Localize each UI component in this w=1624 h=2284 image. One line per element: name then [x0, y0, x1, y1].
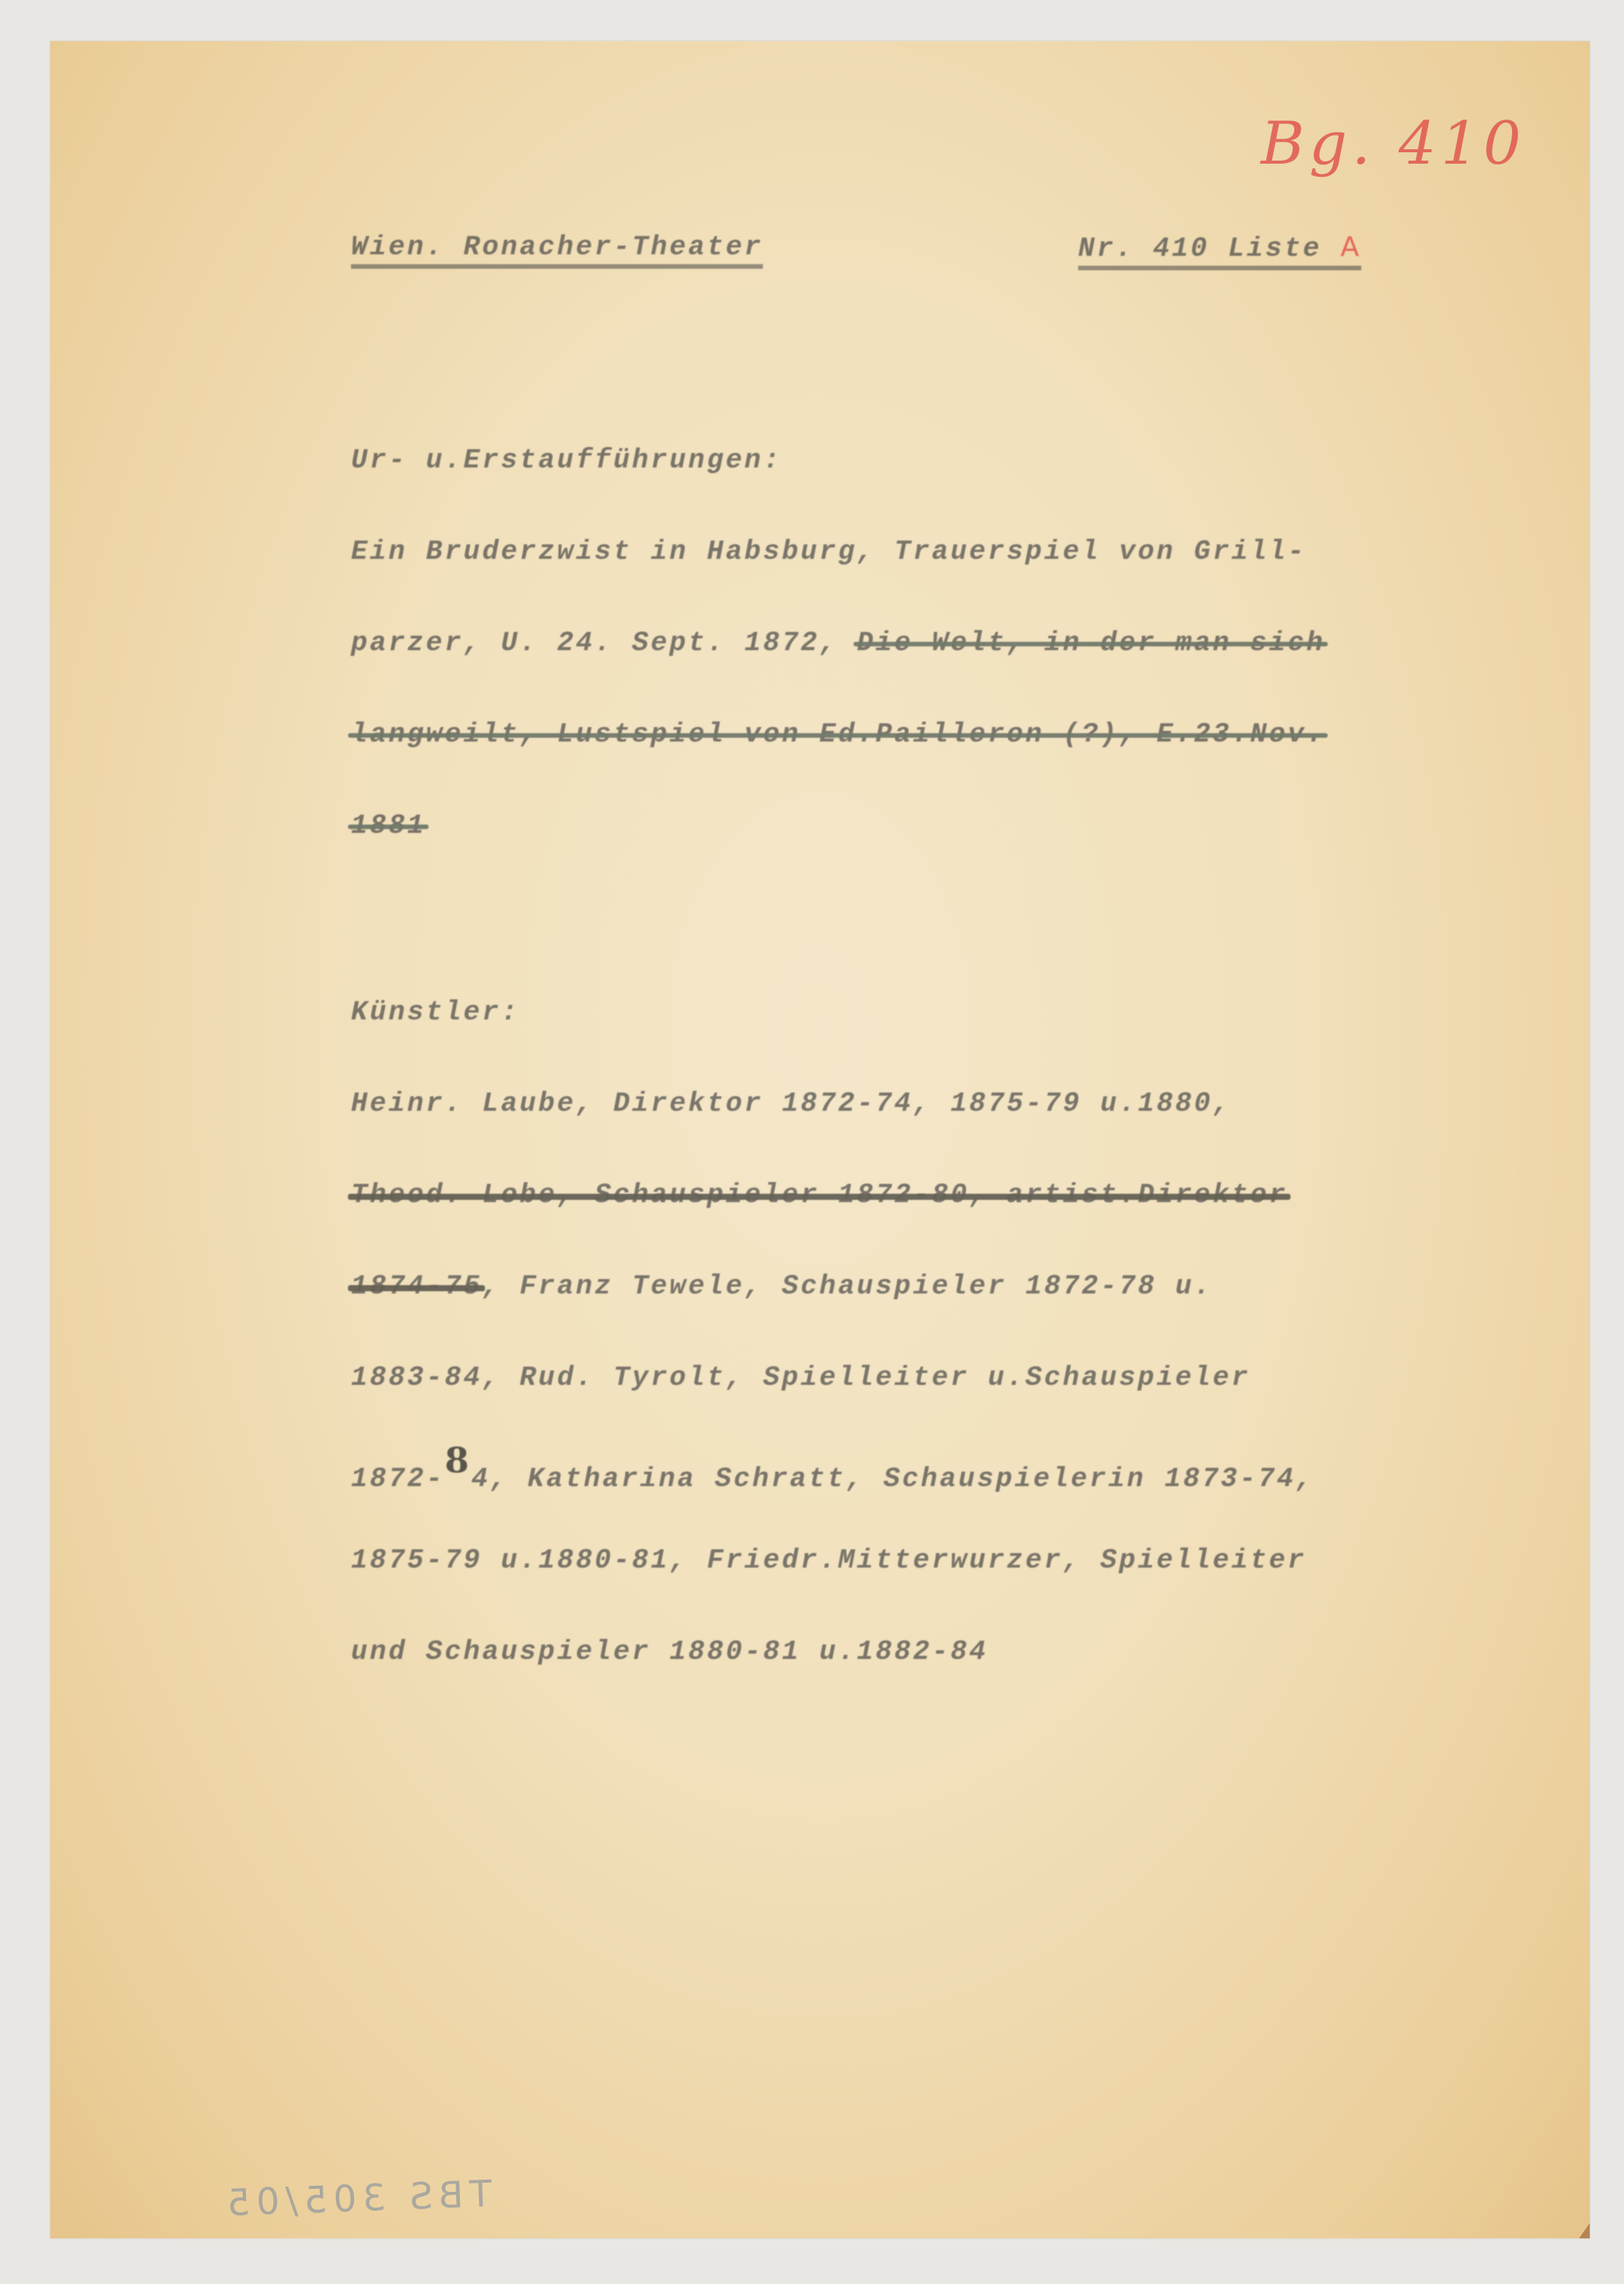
artists-line-2-struck: Theod. Lobe, Schauspieler 1872-80, artis…: [351, 1179, 1287, 1211]
premieres-line-2-struck: Die Welt, in der man sich: [857, 627, 1325, 659]
artists-line-3-struck: 1874-75: [351, 1271, 482, 1302]
header-theater-name: Wien. Ronacher-Theater: [351, 231, 763, 269]
premieres-heading: Ur- u.Erstaufführungen:: [351, 445, 782, 476]
artists-line-5-text: 4, Katharina Schratt, Schauspielerin 187…: [471, 1463, 1314, 1494]
artists-line-2: Theod. Lobe, Schauspieler 1872-80, artis…: [351, 1179, 1287, 1211]
handwritten-correction: 8: [445, 1440, 471, 1481]
pencil-mark-mirrored: TBS 305/05: [220, 2173, 493, 2225]
header-list-number: Nr. 410 Liste A: [1078, 231, 1361, 270]
artists-line-7: und Schauspieler 1880-81 u.1882-84: [351, 1636, 988, 1667]
document-page: Bg. 410 Wien. Ronacher-Theater Nr. 410 L…: [50, 41, 1590, 2238]
premieres-line-2-text: parzer, U. 24. Sept. 1872,: [351, 627, 838, 659]
premieres-line-2: parzer, U. 24. Sept. 1872, Die Welt, in …: [351, 627, 1325, 659]
premieres-line-1: Ein Bruderzwist in Habsburg, Trauerspiel…: [351, 536, 1307, 567]
red-annotation: Bg. 410: [1261, 110, 1526, 178]
artists-line-3-text: , Franz Tewele, Schauspieler 1872-78 u.: [482, 1271, 1213, 1302]
artists-line-4: 1883-84, Rud. Tyrolt, Spielleiter u.Scha…: [351, 1362, 1250, 1393]
premieres-line-4-struck: 1881: [351, 810, 426, 841]
artists-line-1: Heinr. Laube, Direktor 1872-74, 1875-79 …: [351, 1088, 1231, 1119]
artists-line-6: 1875-79 u.1880-81, Friedr.Mitterwurzer, …: [351, 1545, 1307, 1576]
artists-line-5-prefix: 1872-: [351, 1463, 445, 1494]
artists-line-3: 1874-75, Franz Tewele, Schauspieler 1872…: [351, 1271, 1213, 1302]
artists-heading: Künstler:: [351, 997, 519, 1028]
list-number-typed: Nr. 410 Liste: [1078, 233, 1322, 264]
list-letter-handwritten: A: [1340, 231, 1361, 263]
premieres-line-3: langweilt, Lustspiel von Ed.Pailleron (?…: [351, 719, 1325, 750]
torn-corner: [1579, 2223, 1590, 2238]
premieres-line-3-struck: langweilt, Lustspiel von Ed.Pailleron (?…: [351, 719, 1325, 750]
premieres-line-4: 1881: [351, 810, 426, 841]
artists-line-5: 1872-84, Katharina Schratt, Schauspieler…: [351, 1453, 1314, 1494]
